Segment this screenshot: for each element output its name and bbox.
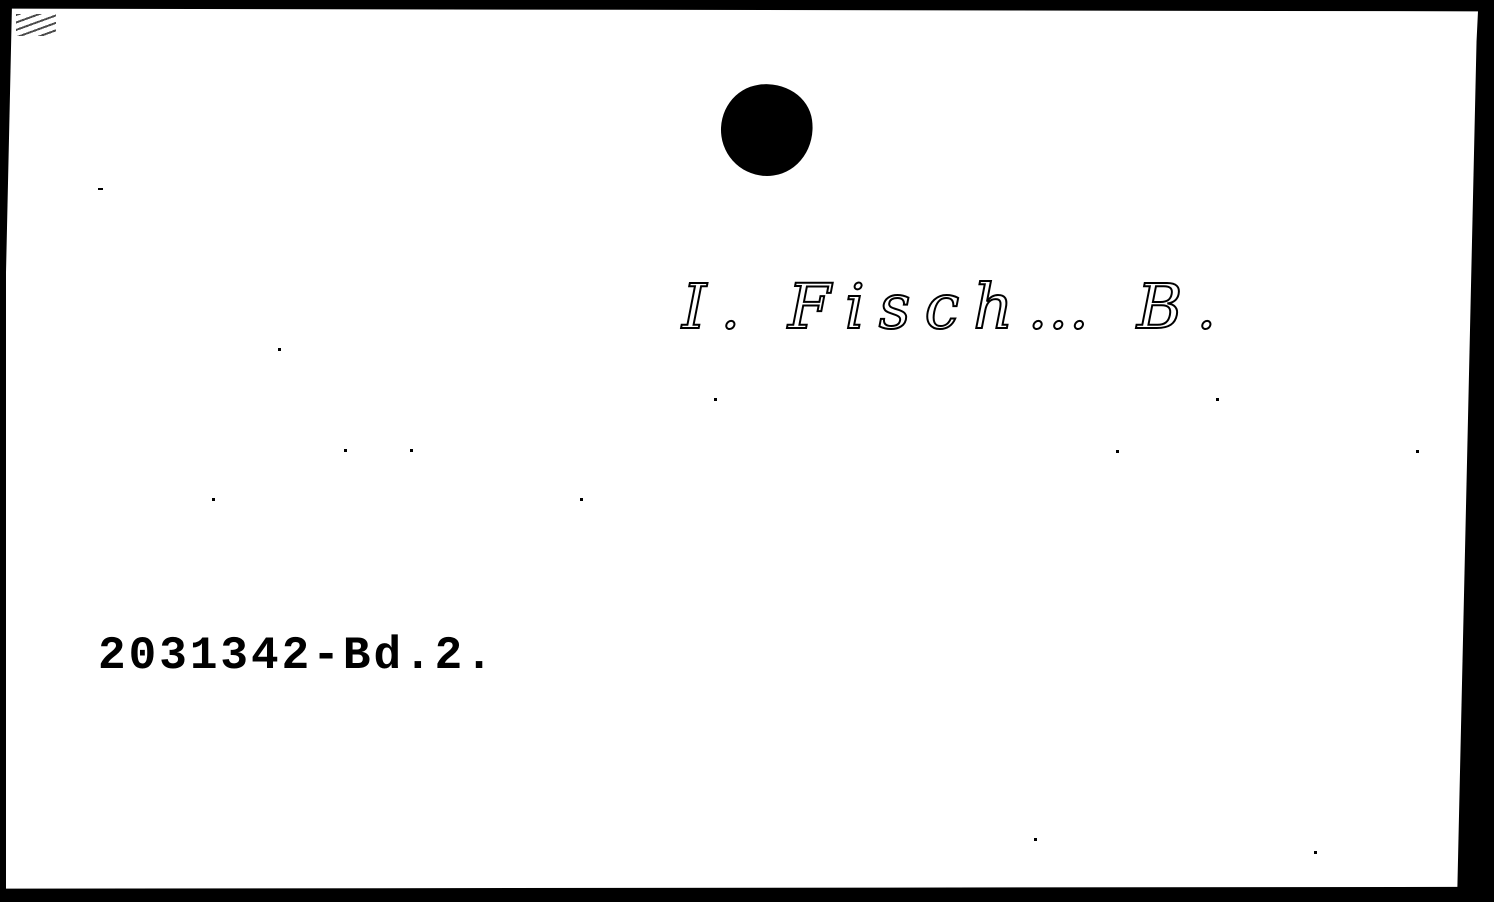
scan-speck [580,498,583,501]
scan-speck [278,348,281,351]
punch-hole [715,78,819,182]
scan-speck [1116,450,1119,453]
call-number: 2031342-Bd.2. [98,633,496,679]
scan-speck [1416,450,1419,453]
scan-artifact [16,14,56,36]
scan-speck [714,398,717,401]
handwritten-name: I. Fisch… B. [682,276,1230,338]
scan-speck [98,188,103,190]
scan-speck [1314,851,1317,854]
scan-artifact [76,896,1476,900]
scan-speck [344,449,347,452]
scan-speck [410,449,413,452]
scan-speck [1466,8,1472,10]
scanned-card-image: I. Fisch… B. 2031342-Bd.2. [0,0,1494,902]
scan-speck [1034,838,1037,841]
scan-speck [1216,398,1219,401]
index-card: I. Fisch… B. 2031342-Bd.2. [6,6,1478,894]
scan-speck [212,498,215,501]
